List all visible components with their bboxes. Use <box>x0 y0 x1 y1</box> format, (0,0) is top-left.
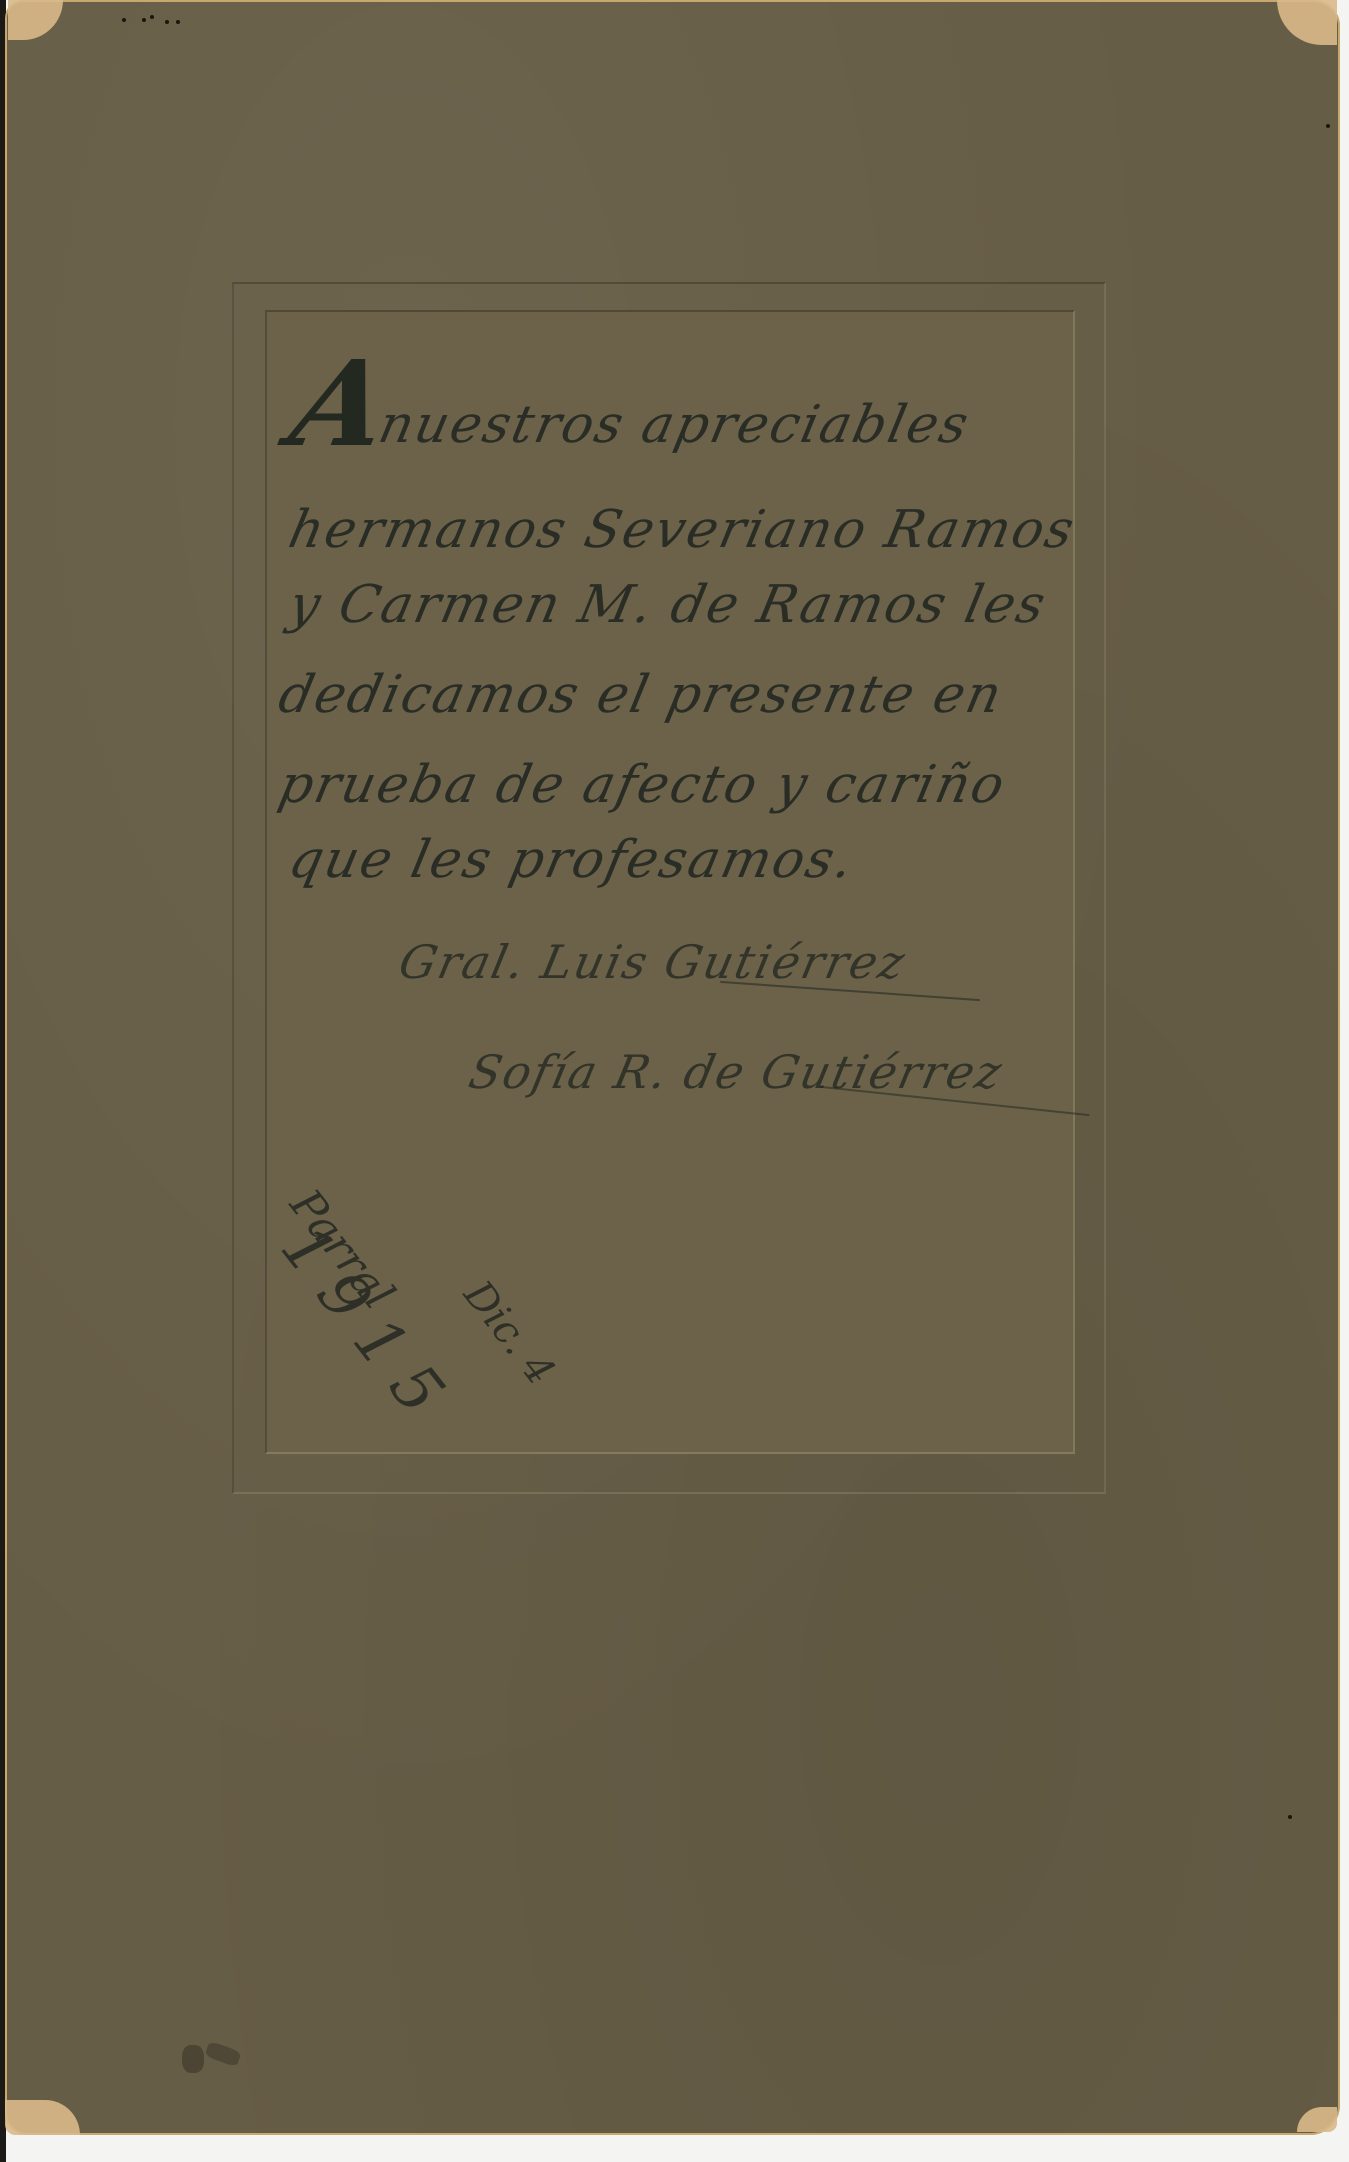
dedication-line-6: que les profesamos. <box>284 830 860 890</box>
signature-1: Gral. Luis Gutiérrez <box>394 935 911 989</box>
speck <box>142 18 146 22</box>
speck <box>1288 1815 1292 1819</box>
dedication-line-2: hermanos Severiano Ramos <box>284 500 1081 560</box>
speck <box>176 20 180 24</box>
dedication-line-3: y Carmen M. de Ramos les <box>284 575 1053 635</box>
date-annotation: Parral Dic. 4 1915 <box>280 1160 580 1460</box>
speck <box>165 20 169 24</box>
speck <box>122 18 126 22</box>
dedication-line-4: dedicamos el presente en <box>274 665 1009 725</box>
date-day: Dic. 4 <box>455 1272 564 1393</box>
dedication-line-5: prueba de afecto y cariño <box>274 755 1012 815</box>
dedication-line-1: nuestros apreciables <box>374 395 976 455</box>
signature-2: Sofía R. de Gutiérrez <box>464 1045 1008 1099</box>
speck <box>150 15 154 19</box>
speck <box>1326 124 1330 128</box>
stain <box>182 2045 204 2073</box>
